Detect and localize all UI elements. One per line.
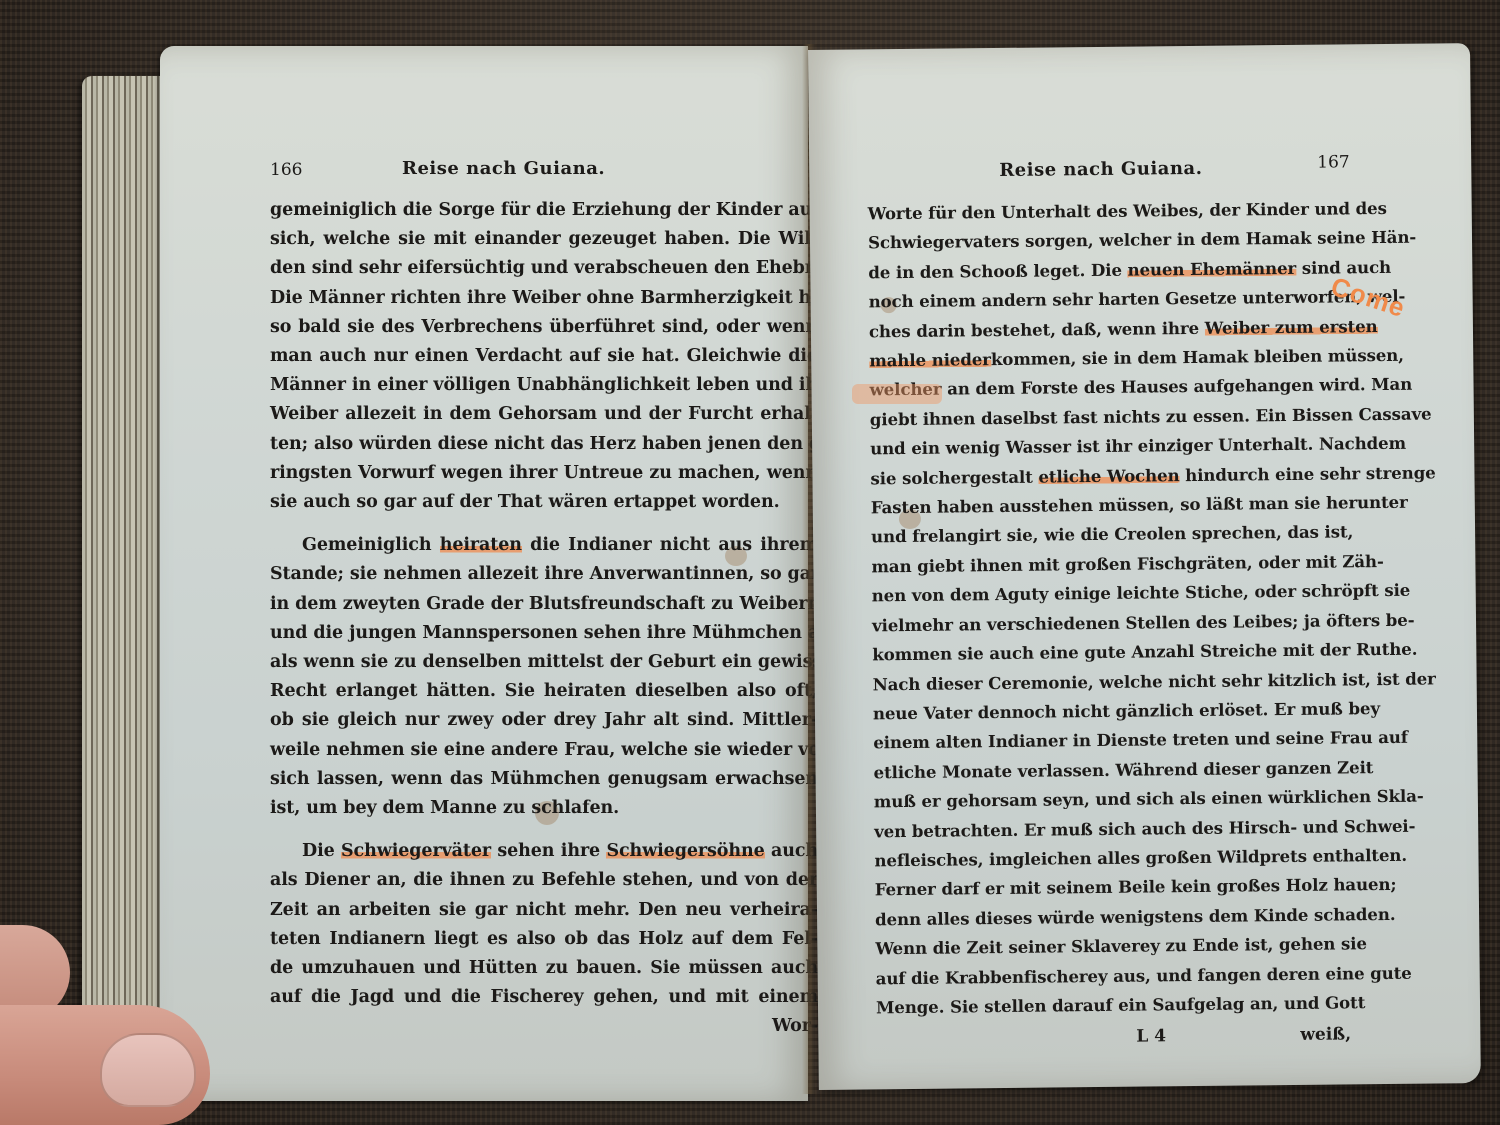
text-line: ob sie gleich nur zwey oder drey Jahr al… <box>270 706 818 735</box>
text-line: kommen sie auch eine gute Anzahl Streich… <box>872 635 1352 669</box>
text-line: Wenn die Zeit seiner Sklaverey zu Ende i… <box>875 929 1355 963</box>
text-line: man auch nur einen Verdacht auf sie hat.… <box>270 342 818 371</box>
text-line: Recht erlanget hätten. Sie heiraten dies… <box>270 677 818 706</box>
text-line: Ferner darf er mit seinem Beile kein gro… <box>875 871 1355 905</box>
running-head: Reise nach Guiana. <box>999 158 1202 181</box>
text-line: muß er gehorsam seyn, und sich als einen… <box>874 782 1354 816</box>
page-number: 166 <box>270 160 302 180</box>
text-line: Männer in einer völligen Unabhänglichkei… <box>270 371 818 400</box>
open-book: 166 Reise nach Guiana. gemeiniglich die … <box>72 44 1484 1104</box>
text-line: Weiber allezeit in dem Gehorsam und der … <box>270 400 818 429</box>
text-line: sich lassen, wenn das Mühmchen genugsam … <box>270 765 818 794</box>
text-line: als Diener an, die ihnen zu Befehle steh… <box>270 866 818 895</box>
text-line: noch einem andern sehr harten Gesetze un… <box>868 283 1348 317</box>
text-line-highlighted: Gemeiniglich heiraten die Indianer nicht… <box>270 531 818 560</box>
highlighted-phrase: Schwiegersöhne <box>606 841 764 861</box>
text-line: Schwiegervaters sorgen, welcher in dem H… <box>868 224 1348 258</box>
highlighted-phrase: Weiber zum ersten <box>1205 316 1378 338</box>
text-line: Menge. Sie stellen darauf ein Saufgelag … <box>876 988 1356 1022</box>
catchword: weiß, <box>1300 1024 1351 1045</box>
text-line: nen von dem Aguty einige leichte Stiche,… <box>872 577 1352 611</box>
text-line: den sind sehr eifersüchtig und verabsche… <box>270 254 818 283</box>
highlighted-phrase: etliche Wochen <box>1038 465 1179 486</box>
left-page: 166 Reise nach Guiana. gemeiniglich die … <box>160 46 808 1101</box>
text-line: sie auch so gar auf der That wären ertap… <box>270 488 818 517</box>
right-page: Reise nach Guiana. 167 Worte für den Unt… <box>808 43 1481 1090</box>
text-line: sich, welche sie mit einander gezeuget h… <box>270 225 818 254</box>
text-line: einem alten Indianer in Dienste treten u… <box>873 724 1353 758</box>
highlight-smear <box>852 384 942 404</box>
signature-mark: L 4 <box>1136 1026 1166 1046</box>
text-line: und frelangirt sie, wie die Creolen spre… <box>871 518 1351 552</box>
hand-thumb <box>0 905 215 1125</box>
right-page-text: Worte für den Unterhalt des Weibes, der … <box>868 194 1357 1022</box>
text-line: teten Indianern liegt es also ob das Hol… <box>270 925 818 954</box>
text-line: de umzuhauen und Hütten zu bauen. Sie mü… <box>270 954 818 983</box>
text-line: und ein wenig Wasser ist ihr einziger Un… <box>870 430 1350 464</box>
thumbnail <box>100 1033 196 1107</box>
text-line: ringsten Vorwurf wegen ihrer Untreue zu … <box>270 459 818 488</box>
text-line: Die Männer richten ihre Weiber ohne Barm… <box>270 284 818 313</box>
running-head: Reise nach Guiana. <box>402 158 605 179</box>
text-line: Stande; sie nehmen allezeit ihre Anverwa… <box>270 560 818 589</box>
text-line: in dem zweyten Grade der Blutsfreundscha… <box>270 590 818 619</box>
highlighted-phrase: neuen Ehemänner <box>1127 258 1296 280</box>
text-line: Zeit an arbeiten sie gar nicht mehr. Den… <box>270 896 818 925</box>
text-line: ist, um bey dem Manne zu schlafen. <box>270 794 818 823</box>
text-line: gemeiniglich die Sorge für die Erziehung… <box>270 196 818 225</box>
left-page-text: gemeiniglich die Sorge für die Erziehung… <box>270 196 818 1042</box>
highlighted-phrase: mahle nieder <box>869 349 991 370</box>
text-line: so bald sie des Verbrechens überführet s… <box>270 313 818 342</box>
page-number: 167 <box>1317 152 1350 172</box>
text-line: weile nehmen sie eine andere Frau, welch… <box>270 736 818 765</box>
text-line-highlighted: Die Schwiegerväter sehen ihre Schwiegers… <box>270 837 818 866</box>
text-line: und die jungen Mannspersonen sehen ihre … <box>270 619 818 648</box>
highlighted-phrase: Schwiegerväter <box>341 841 491 861</box>
highlighted-phrase: heiraten <box>440 535 522 555</box>
text-line: ten; also würden diese nicht das Herz ha… <box>270 430 818 459</box>
text-line: auf die Jagd und die Fischerey gehen, un… <box>270 983 818 1012</box>
text-line: als wenn sie zu denselben mittelst der G… <box>270 648 818 677</box>
catchword: Wor- <box>270 1012 818 1041</box>
